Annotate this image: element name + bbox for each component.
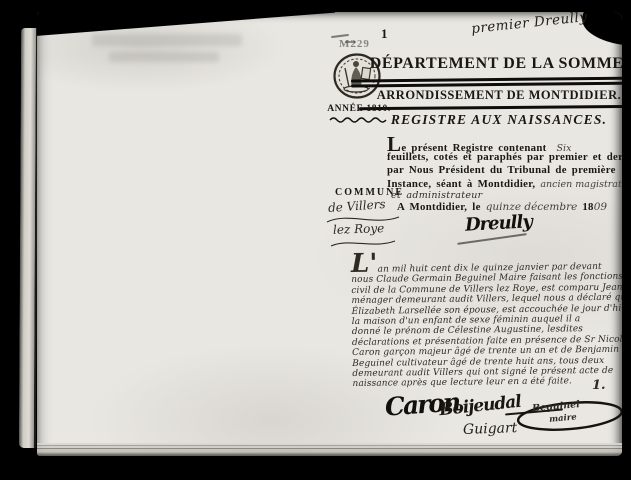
commune-label: COMMUNE [335, 187, 404, 198]
register-title: REGISTRE AUX NAISSANCES. [349, 112, 622, 128]
flourish-line [329, 238, 397, 248]
statement-line-2: feuillets, cotés et paraphés par premier… [387, 151, 622, 163]
register-page: M229 1 premier Dreully DÉPARTEMENT DE LA… [37, 12, 622, 456]
birth-act-text: L'an mil huit cent dix le quinze janvier… [351, 255, 622, 390]
signature-mayor-group: Beguinel maire [514, 393, 622, 440]
bleed-through-text [109, 52, 219, 62]
double-rule [351, 76, 622, 87]
commune-name-line1: de Villers [328, 197, 386, 215]
act-line: naissance après que lecture leur en a ét… [352, 376, 622, 390]
statement-line-4-handwritten: ancien magistrat [540, 179, 621, 190]
scan-shadow-top [37, 12, 335, 36]
page-bottom-edge [37, 443, 622, 456]
margin-page-mark: 1. [592, 378, 606, 393]
president-signature: Dreully [464, 211, 532, 235]
page-number: 1 [381, 26, 388, 42]
date-printed-prefix: A Montdidier, le [397, 201, 481, 213]
archive-stamp-code: M229 [339, 38, 370, 50]
top-handwritten-annotation: premier Dreully [470, 12, 588, 37]
statement-line-4: Instance, séant à Montdidier, ancien mag… [387, 178, 622, 190]
statement-line-5-handwritten: et administrateur [391, 190, 483, 201]
date-printed-year: 18 [582, 201, 593, 213]
wavy-underline [329, 116, 389, 124]
year-label: ANNÉE 1810. [327, 104, 391, 114]
department-title: DÉPARTEMENT DE LA SOMME. [349, 55, 622, 73]
register-scan: M229 1 premier Dreully DÉPARTEMENT DE LA… [0, 0, 631, 480]
statement-line-4-printed: Instance, séant à Montdidier, [387, 178, 535, 190]
bleed-through-text [92, 34, 242, 46]
statement-line-3: par Nous Président du Tribunal de premiè… [387, 164, 616, 176]
date-handwritten: quinze décembre [486, 201, 578, 213]
previous-page-edge [19, 28, 38, 448]
signature-witness-3: Guigart [463, 420, 518, 438]
arrondissement-title: ARRONDISSEMENT DE MONTDIDIER. [349, 88, 622, 103]
date-handwritten-year: 09 [594, 201, 607, 213]
scan-shadow-top-right [582, 12, 622, 46]
commune-name-line2: lez Roye [333, 221, 385, 237]
single-rule [359, 105, 622, 110]
statement-date-line: A Montdidier, le quinze décembre 1809 [397, 201, 607, 213]
